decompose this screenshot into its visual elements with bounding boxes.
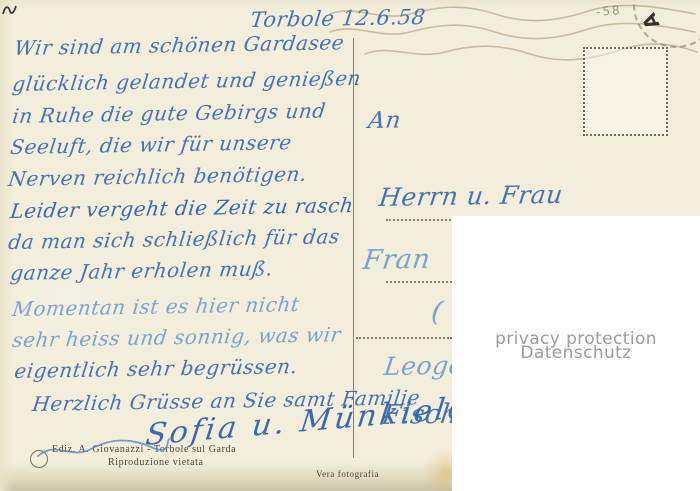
message-line: Seeluft, die wir für unsere — [9, 130, 293, 159]
address-dotted-rule — [356, 337, 452, 339]
corner-mark-icon — [2, 3, 18, 17]
handwritten-date: Torbole 12.6.58 — [249, 5, 427, 32]
message-line: Nerven reichlich benötigen. — [7, 162, 308, 191]
address-partial-stroke: ( — [429, 294, 445, 328]
message-line: in Ruhe die gute Gebirgs und — [11, 99, 327, 128]
message-line: Momentan ist es hier nicht — [11, 292, 301, 321]
address-line: Fran — [361, 244, 432, 276]
privacy-watermark: privacy protection Datenschutz — [452, 329, 700, 363]
stamp-box — [583, 47, 668, 136]
photo-note: Vera fotografia — [316, 469, 379, 479]
message-line: ganze Jahr erholen muß. — [9, 256, 274, 285]
address-dotted-rule — [386, 281, 452, 283]
message-line: eigentlich sehr begrüssen. — [13, 354, 299, 383]
message-line: glücklich gelandet und genießen — [11, 66, 363, 96]
postmark-date-fragment: -58 — [595, 3, 622, 19]
message-line: sehr heiss und sonnig, was wir — [11, 322, 342, 352]
message-line: Wir sind am schönen Gardasee — [13, 30, 346, 60]
message-line: da man sich schließlich für das — [7, 224, 341, 254]
address-line: Herrn u. Frau — [377, 180, 564, 212]
message-line: Leider vergeht die Zeit zu rasch — [9, 193, 355, 223]
address-intro: An — [367, 107, 403, 134]
privacy-watermark-line2: Datenschutz — [452, 343, 700, 363]
privacy-overlay: privacy protection Datenschutz — [452, 216, 700, 491]
postcard-back: -58 A Torbole 12.6.58 Wir sind am schöne… — [0, 0, 700, 491]
